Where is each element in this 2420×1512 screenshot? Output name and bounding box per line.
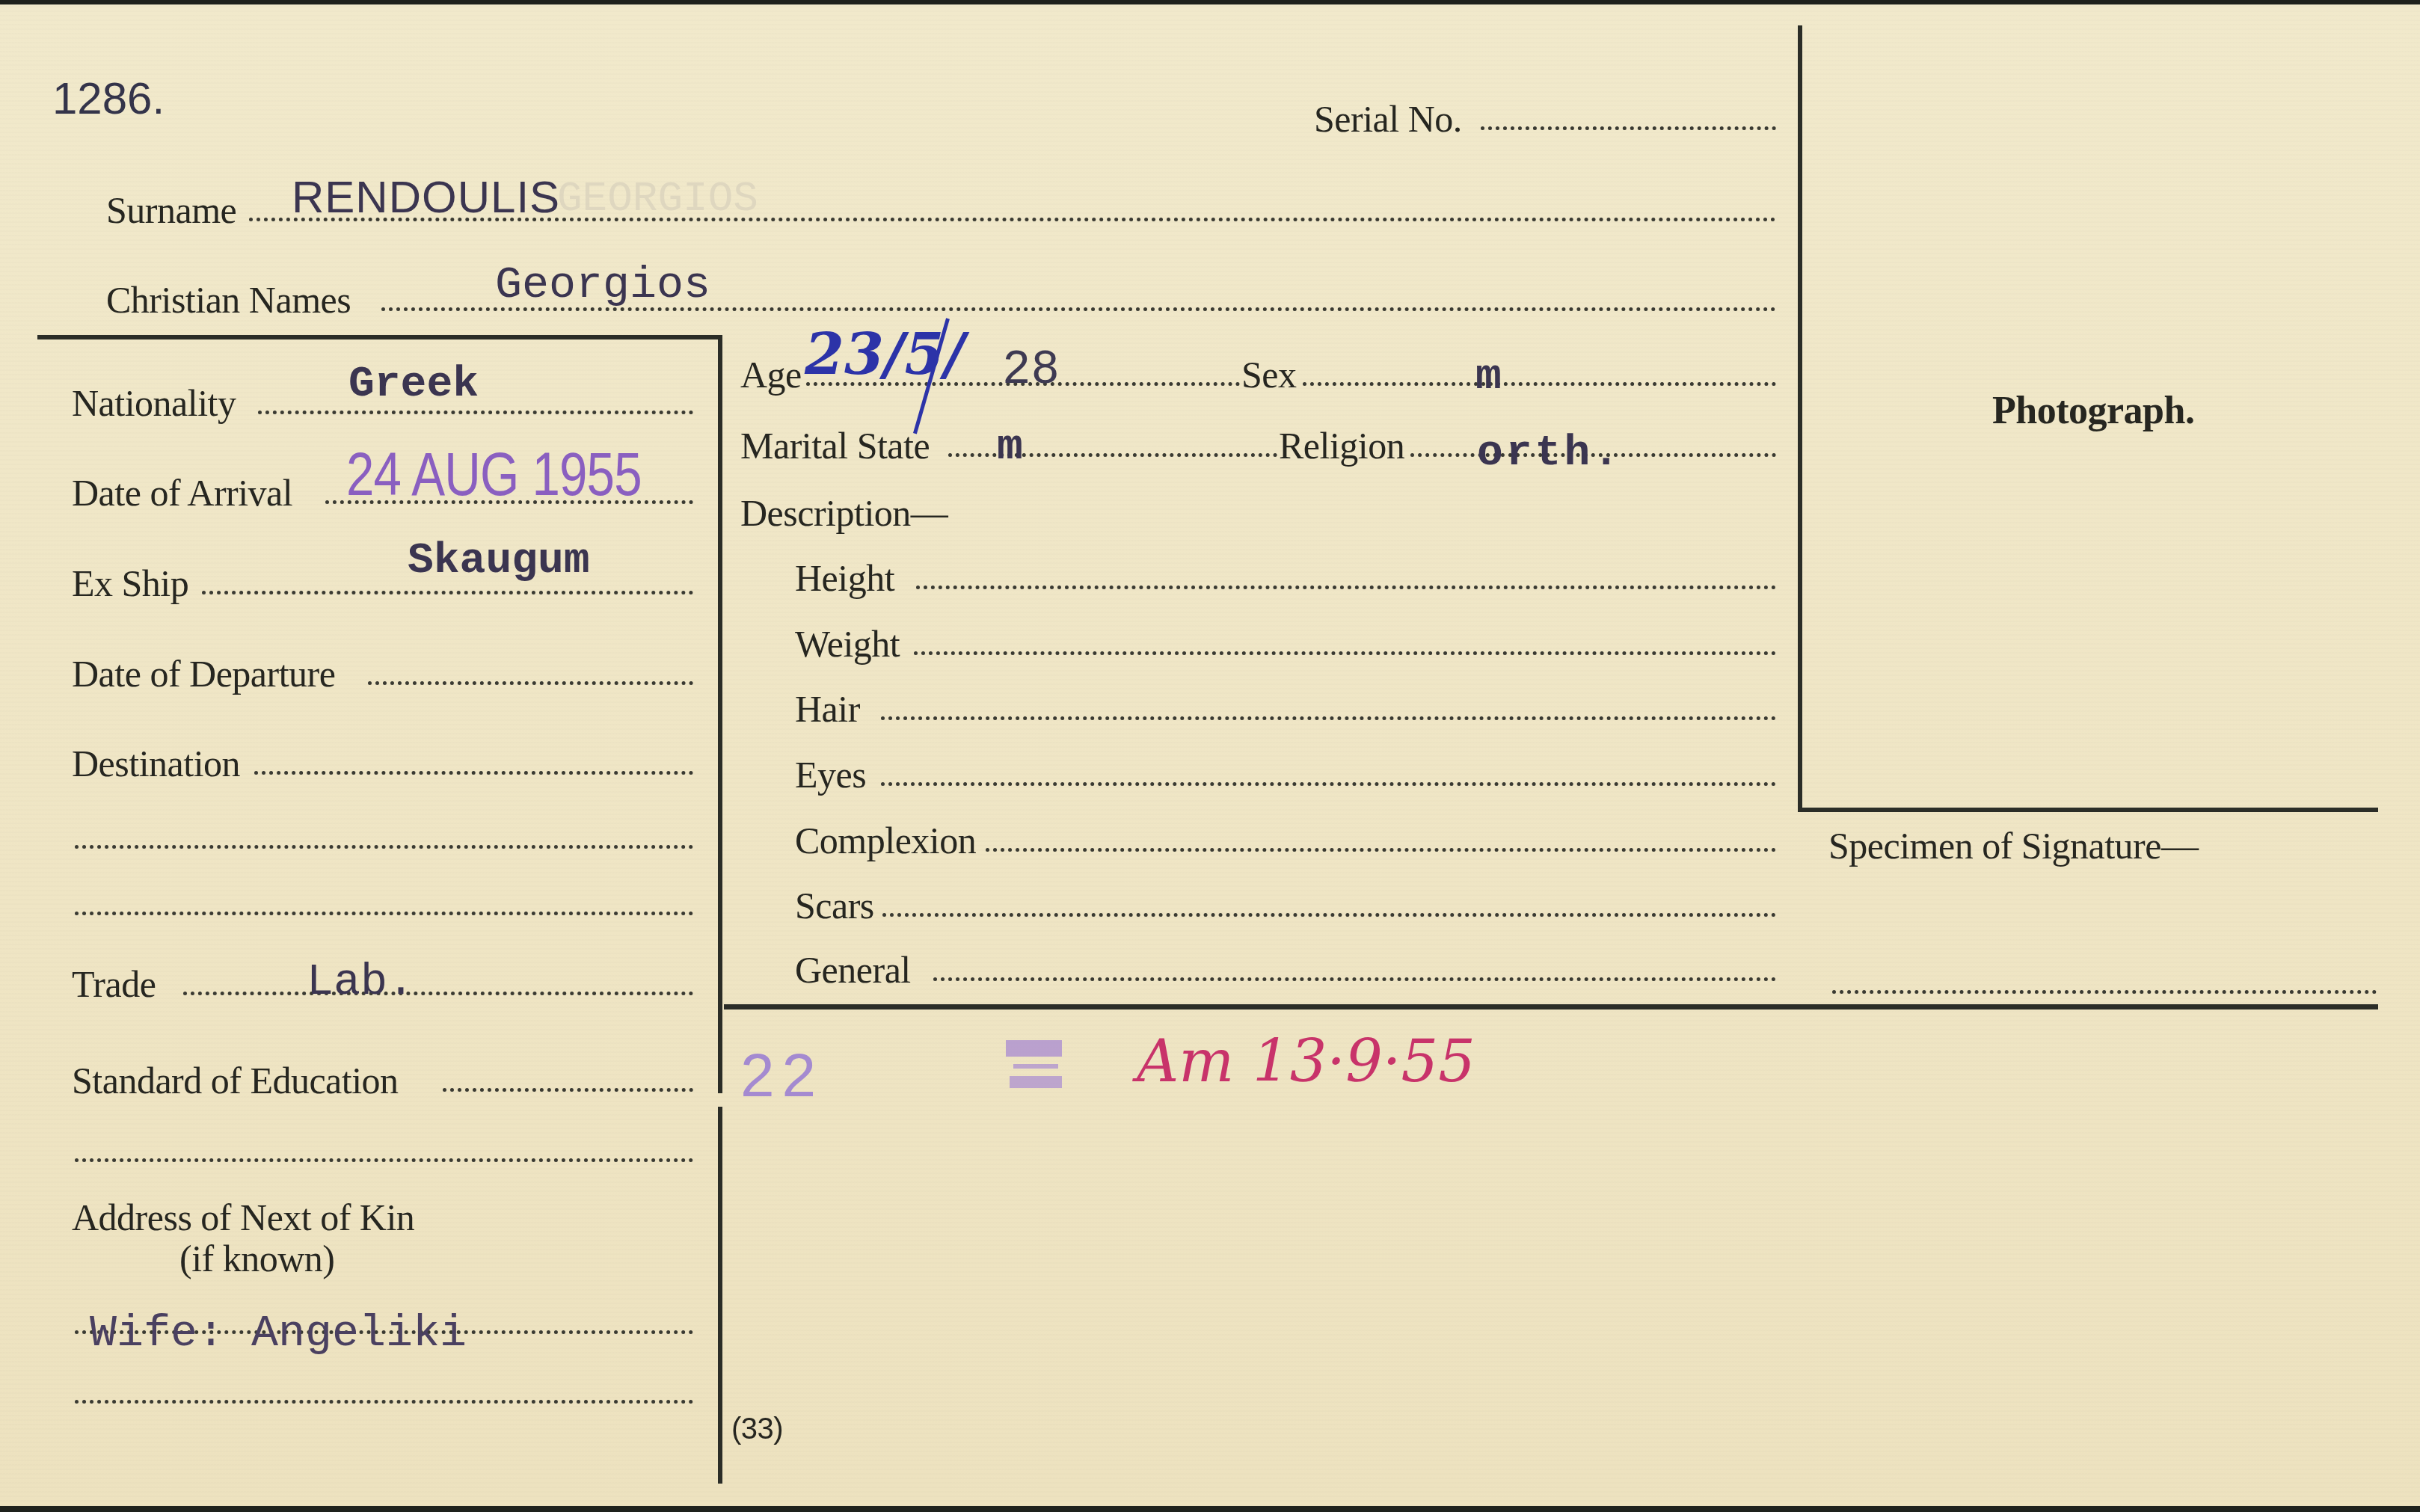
destination-field-line-2[interactable] bbox=[75, 845, 693, 849]
trade-label: Trade bbox=[72, 965, 156, 1003]
scars-label: Scars bbox=[795, 887, 874, 924]
eyes-field[interactable] bbox=[881, 782, 1776, 786]
next-of-kin-value: Wife: Angeliki bbox=[90, 1312, 467, 1356]
general-label: General bbox=[795, 951, 911, 989]
next-of-kin-label: Address of Next of Kin bbox=[72, 1199, 414, 1236]
marital-state-label: Marital State bbox=[740, 427, 930, 464]
age-value: 28 bbox=[1002, 347, 1060, 395]
trade-field[interactable] bbox=[183, 992, 693, 995]
sex-value: m bbox=[1475, 356, 1502, 399]
eyes-label: Eyes bbox=[795, 756, 866, 793]
signature-field[interactable] bbox=[1832, 990, 2377, 994]
general-field[interactable] bbox=[933, 977, 1776, 981]
date-of-arrival-label: Date of Arrival bbox=[72, 474, 292, 511]
form-code: (33) bbox=[731, 1414, 783, 1444]
height-label: Height bbox=[795, 559, 894, 597]
christian-names-label: Christian Names bbox=[106, 281, 351, 319]
next-of-kin-sublabel: (if known) bbox=[179, 1240, 334, 1277]
age-label: Age bbox=[740, 356, 802, 393]
standard-of-education-label: Standard of Education bbox=[72, 1062, 399, 1099]
date-of-arrival-stamp: 24 AUG 1955 bbox=[346, 444, 642, 505]
sex-label: Sex bbox=[1241, 356, 1297, 393]
religion-label: Religion bbox=[1279, 427, 1404, 464]
nationality-value: Greek bbox=[348, 363, 479, 407]
standard-of-education-field[interactable] bbox=[443, 1088, 693, 1092]
surname-ghost-text: GEORGIOS bbox=[557, 178, 758, 220]
complexion-label: Complexion bbox=[795, 822, 976, 859]
photo-box-bottom-rule bbox=[1798, 808, 2378, 812]
trade-value: Lab. bbox=[307, 960, 414, 1005]
destination-label: Destination bbox=[72, 745, 240, 782]
christian-names-value: Georgios bbox=[495, 263, 710, 308]
alien-registration-card: 1286. Serial No. Surname RENDOULIS GEORG… bbox=[0, 0, 2420, 1512]
nationality-field[interactable] bbox=[258, 411, 693, 414]
ex-ship-value: Skaugum bbox=[408, 540, 590, 583]
center-vertical-rule-lower bbox=[718, 1107, 722, 1484]
destination-field[interactable] bbox=[254, 771, 693, 775]
serial-no-field[interactable] bbox=[1481, 126, 1776, 130]
red-annotation: Am 13·9·55 bbox=[1137, 1033, 1475, 1091]
standard-of-education-field-line-2[interactable] bbox=[75, 1158, 693, 1162]
photograph-area: Photograph. bbox=[1802, 25, 2377, 808]
center-vertical-rule-upper bbox=[718, 336, 722, 1093]
date-of-departure-label: Date of Departure bbox=[72, 655, 335, 692]
description-bottom-rule bbox=[724, 1004, 2378, 1009]
serial-no-label: Serial No. bbox=[1314, 100, 1462, 138]
description-label: Description— bbox=[740, 494, 948, 532]
ex-ship-field[interactable] bbox=[202, 591, 693, 594]
ex-ship-label: Ex Ship bbox=[72, 565, 188, 602]
scars-field[interactable] bbox=[882, 913, 1776, 917]
height-field[interactable] bbox=[916, 586, 1776, 589]
stamp-number: 22 bbox=[740, 1045, 823, 1107]
surname-label: Surname bbox=[106, 191, 236, 229]
hair-field[interactable] bbox=[881, 716, 1776, 720]
surname-value: RENDOULIS bbox=[292, 175, 560, 220]
destination-field-line-3[interactable] bbox=[75, 912, 693, 915]
hair-label: Hair bbox=[795, 690, 860, 728]
card-number: 1286. bbox=[52, 76, 165, 121]
religion-value: orth. bbox=[1477, 432, 1622, 476]
signature-label: Specimen of Signature— bbox=[1828, 827, 2198, 864]
photograph-label: Photograph. bbox=[1992, 392, 2194, 431]
marital-state-value: m bbox=[997, 426, 1023, 470]
sex-field[interactable] bbox=[1303, 382, 1776, 386]
stamp-bars-mark bbox=[1006, 1040, 1062, 1094]
nationality-label: Nationality bbox=[72, 384, 236, 422]
next-of-kin-field-line-2[interactable] bbox=[75, 1400, 693, 1404]
left-box-top-rule bbox=[37, 335, 722, 339]
weight-label: Weight bbox=[795, 625, 900, 663]
complexion-field[interactable] bbox=[986, 848, 1776, 852]
weight-field[interactable] bbox=[914, 651, 1776, 655]
date-of-departure-field[interactable] bbox=[368, 681, 693, 685]
